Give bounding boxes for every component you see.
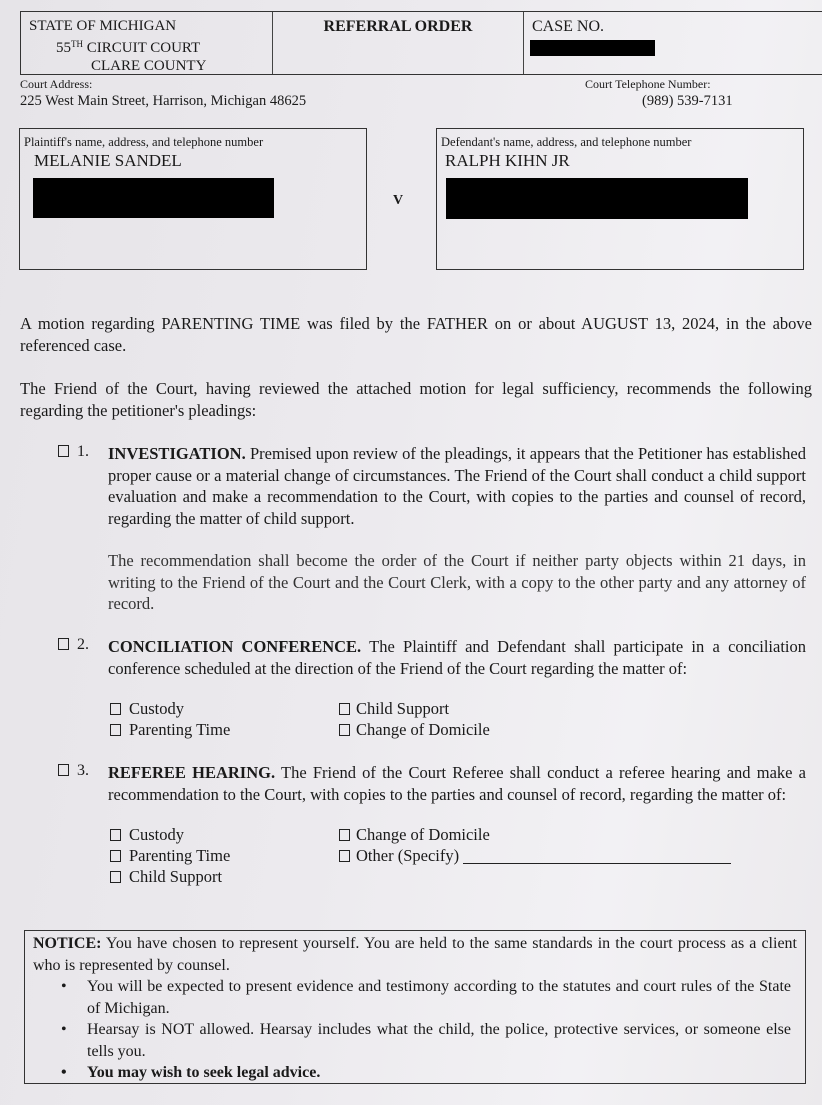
item-1-note: The recommendation shall become the orde… xyxy=(108,550,806,615)
motion-paragraph: A motion regarding PARENTING TIME was fi… xyxy=(20,313,812,357)
plaintiff-label: Plaintiff's name, address, and telephone… xyxy=(24,135,263,150)
notice-box: NOTICE: You have chosen to represent you… xyxy=(24,930,806,1084)
item-1-investigation: INVESTIGATION. Premised upon review of t… xyxy=(108,443,806,529)
item-3-option-other[interactable]: Other (Specify) xyxy=(339,846,731,866)
plaintiff-box: Plaintiff's name, address, and telephone… xyxy=(19,128,367,270)
plaintiff-name: MELANIE SANDEL xyxy=(34,151,182,171)
item-2-marker: 2. xyxy=(58,636,89,654)
county-name: CLARE COUNTY xyxy=(29,57,272,75)
checkbox[interactable] xyxy=(110,724,121,736)
notice-bullet-legal-advice: You may wish to seek legal advice. xyxy=(87,1062,791,1084)
case-number-label: CASE NO. xyxy=(532,18,822,36)
checkbox[interactable] xyxy=(339,850,350,862)
item-3-checkbox[interactable] xyxy=(58,764,69,776)
defendant-box: Defendant's name, address, and telephone… xyxy=(436,128,804,270)
checkbox[interactable] xyxy=(339,703,350,715)
item-3-option-child-support[interactable]: Child Support xyxy=(110,867,222,887)
item-2-option-parenting-time[interactable]: Parenting Time xyxy=(110,720,230,740)
checkbox[interactable] xyxy=(110,850,121,862)
item-2-option-custody[interactable]: Custody xyxy=(110,699,184,719)
state-name: STATE OF MICHIGAN xyxy=(29,17,272,35)
notice-intro: NOTICE: You have chosen to represent you… xyxy=(33,933,797,976)
defendant-label: Defendant's name, address, and telephone… xyxy=(441,135,691,150)
court-address: 225 West Main Street, Harrison, Michigan… xyxy=(20,93,306,110)
item-3-marker: 3. xyxy=(58,762,89,780)
versus-label: V xyxy=(393,193,403,209)
defendant-address-redaction xyxy=(446,178,748,219)
item-1-heading: INVESTIGATION. xyxy=(108,444,246,463)
item-2-heading: CONCILIATION CONFERENCE. xyxy=(108,637,361,656)
checkbox[interactable] xyxy=(110,829,121,841)
item-3-option-change-of-domicile[interactable]: Change of Domicile xyxy=(339,825,490,845)
item-3-heading: REFEREE HEARING. xyxy=(108,763,275,782)
checkbox[interactable] xyxy=(339,724,350,736)
item-2-conciliation-conference: CONCILIATION CONFERENCE. The Plaintiff a… xyxy=(108,636,806,679)
recommendation-intro: The Friend of the Court, having reviewed… xyxy=(20,378,812,422)
checkbox[interactable] xyxy=(110,871,121,883)
court-phone: (989) 539-7131 xyxy=(642,93,733,110)
item-1-marker: 1. xyxy=(58,443,89,461)
item-2-checkbox[interactable] xyxy=(58,638,69,650)
plaintiff-address-redaction xyxy=(33,178,274,218)
item-2-option-child-support[interactable]: Child Support xyxy=(339,699,449,719)
case-number-redaction xyxy=(530,40,655,56)
defendant-name: RALPH KIHN JR xyxy=(445,151,570,171)
court-name: 55TH CIRCUIT COURT xyxy=(29,35,272,57)
checkbox[interactable] xyxy=(110,703,121,715)
other-specify-field[interactable] xyxy=(463,863,731,864)
court-identification: STATE OF MICHIGAN 55TH CIRCUIT COURT CLA… xyxy=(21,12,272,74)
caption-table: STATE OF MICHIGAN 55TH CIRCUIT COURT CLA… xyxy=(20,11,822,75)
item-3-option-parenting-time[interactable]: Parenting Time xyxy=(110,846,230,866)
notice-list: You will be expected to present evidence… xyxy=(25,976,791,1084)
item-3-option-custody[interactable]: Custody xyxy=(110,825,184,845)
item-3-referee-hearing: REFEREE HEARING. The Friend of the Court… xyxy=(108,762,806,805)
court-address-label: Court Address: xyxy=(20,77,92,92)
document-title: REFERRAL ORDER xyxy=(272,12,523,74)
court-phone-label: Court Telephone Number: xyxy=(585,77,711,92)
item-1-checkbox[interactable] xyxy=(58,445,69,457)
notice-label: NOTICE: xyxy=(33,935,101,952)
notice-bullet: Hearsay is NOT allowed. Hearsay includes… xyxy=(87,1019,791,1062)
item-2-option-change-of-domicile[interactable]: Change of Domicile xyxy=(339,720,490,740)
notice-bullet: You will be expected to present evidence… xyxy=(87,976,791,1019)
checkbox[interactable] xyxy=(339,829,350,841)
